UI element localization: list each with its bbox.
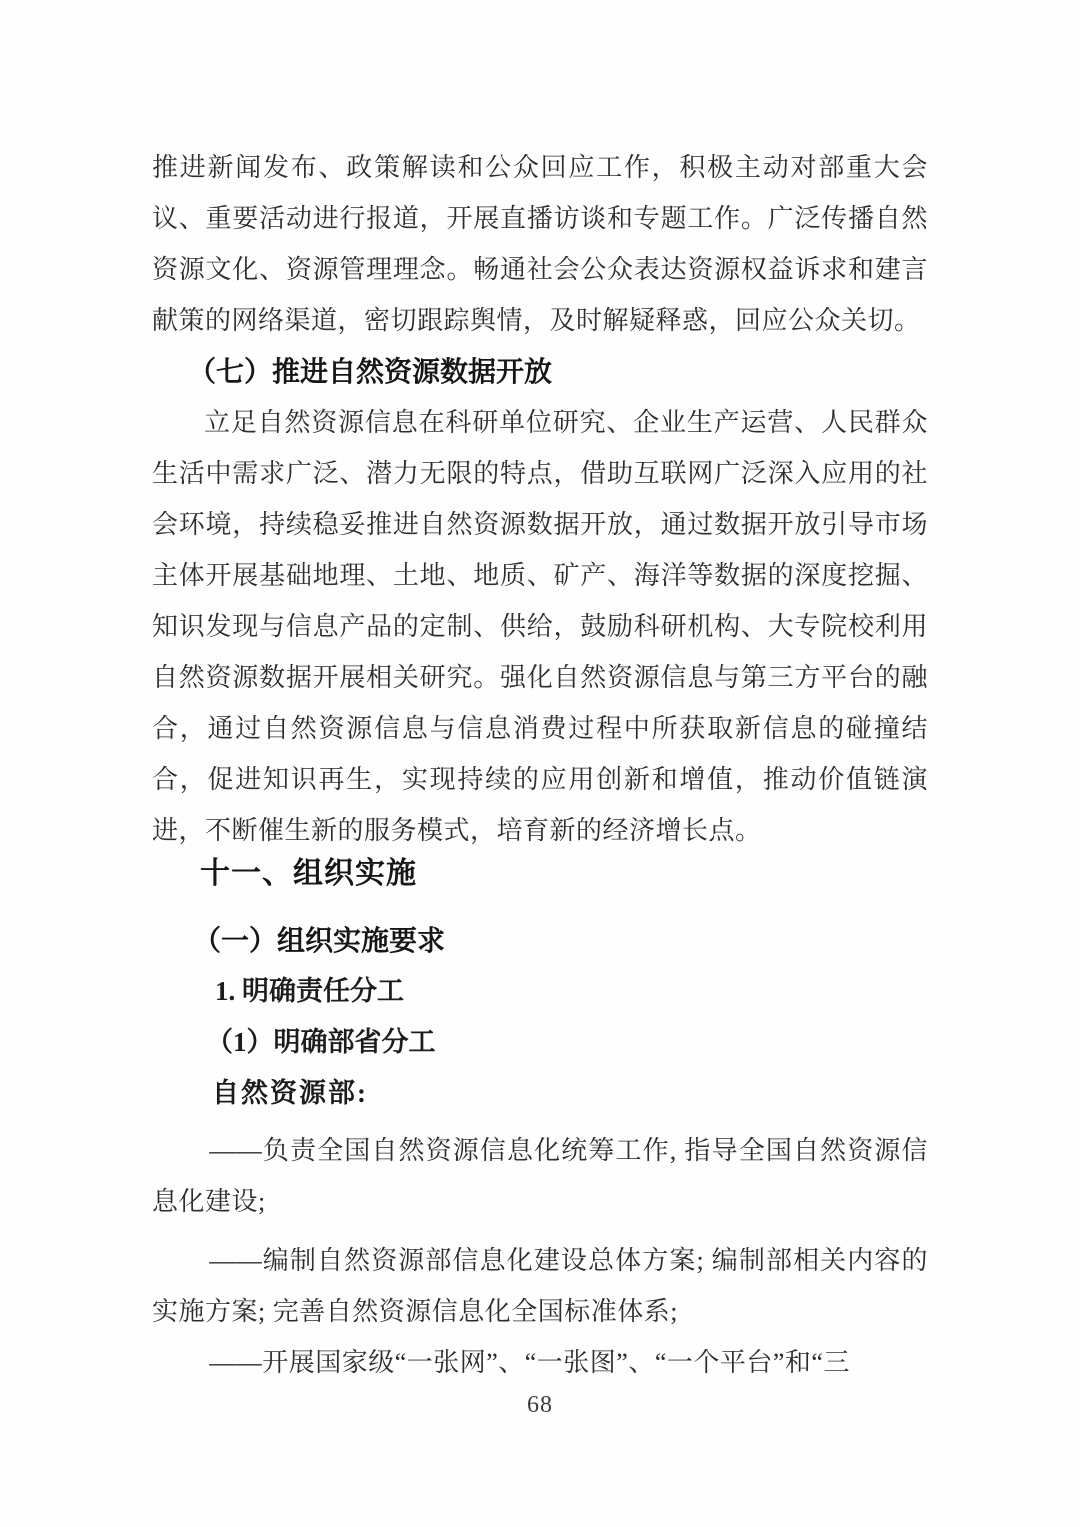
heading-ministry-province-division: （1）明确部省分工 (152, 1017, 928, 1068)
duty-item-national-level-projects: ——开展国家级“一张网”、“一张图”、“一个平台”和“三 (152, 1337, 928, 1388)
duty-item-national-coordination: ——负责全国自然资源信息化统筹工作, 指导全国自然资源信息化建设; (152, 1125, 928, 1227)
page-number: 68 (0, 1392, 1080, 1419)
heading-section-7-data-openness: （七）推进自然资源数据开放 (152, 346, 928, 397)
heading-clarify-responsibility: 1. 明确责任分工 (152, 966, 928, 1017)
document-page: 推进新闻发布、政策解读和公众回应工作，积极主动对部重大会议、重要活动进行报道，开… (0, 0, 1080, 1527)
paragraph-data-openness: 立足自然资源信息在科研单位研究、企业生产运营、人民群众生活中需求广泛、潜力无限的… (152, 397, 928, 856)
paragraph-news-publicity: 推进新闻发布、政策解读和公众回应工作，积极主动对部重大会议、重要活动进行报道，开… (152, 142, 928, 346)
document-content: 推进新闻发布、政策解读和公众回应工作，积极主动对部重大会议、重要活动进行报道，开… (152, 142, 928, 1388)
label-ministry-of-natural-resources: 自然资源部: (152, 1068, 928, 1119)
duty-item-overall-plan: ——编制自然资源部信息化建设总体方案; 编制部相关内容的实施方案; 完善自然资源… (152, 1235, 928, 1337)
heading-implementation-requirements: （一）组织实施要求 (152, 915, 928, 966)
